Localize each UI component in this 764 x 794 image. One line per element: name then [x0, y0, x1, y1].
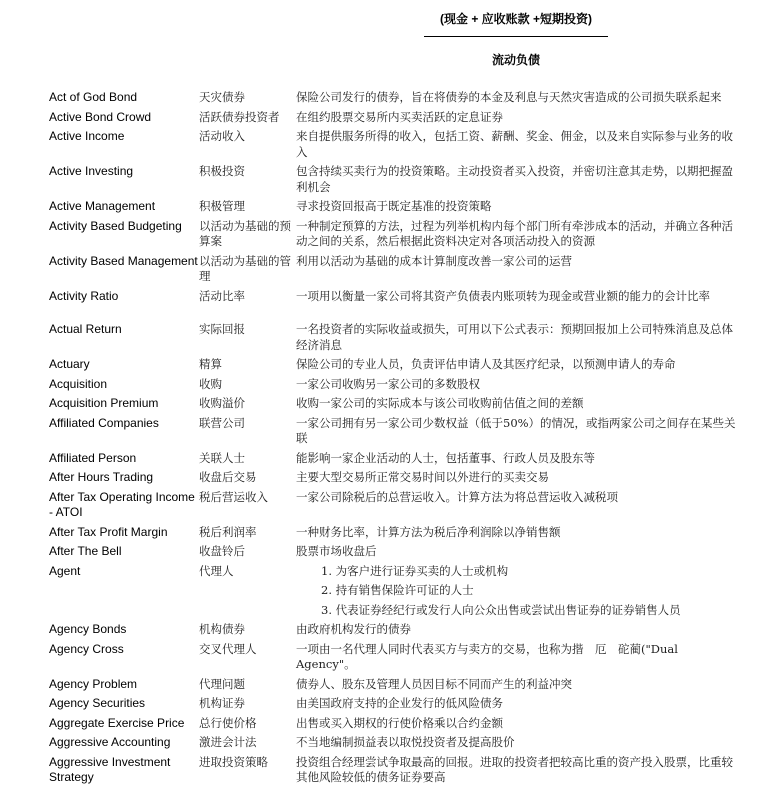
term-chinese: 机构证券	[199, 696, 296, 712]
term-chinese: 积极管理	[199, 199, 296, 215]
glossary-entry: After Tax Operating Income - ATOI税后营运收入一…	[49, 490, 739, 521]
glossary-entry: Activity Based Management以活动为基础的管理利用以活动为…	[49, 254, 739, 285]
term-definition: 一项用以衡量一家公司将其资产负债表内账项转为现金或营业额的能力的会计比率	[296, 289, 739, 305]
glossary-entry: Active Management积极管理寻求投资回报高于既定基准的投资策略	[49, 199, 739, 215]
glossary-entry: Aggregate Exercise Price总行使价格出售或买入期权的行使价…	[49, 716, 739, 732]
term-english: After The Bell	[49, 544, 199, 560]
term-chinese: 天灾债券	[199, 90, 296, 106]
term-definition: 能影响一家企业活动的人士，包括董事、行政人员及股东等	[296, 451, 739, 467]
term-definition: 由美国政府支持的企业发行的低风险债务	[296, 696, 739, 712]
glossary-entry: Activity Based Budgeting以活动为基础的预算案一种制定预算…	[49, 219, 739, 250]
term-definition: 寻求投资回报高于既定基准的投资策略	[296, 199, 739, 215]
glossary-entry: Affiliated Companies联营公司一家公司拥有另一家公司少数权益（…	[49, 416, 739, 447]
term-english: Activity Based Budgeting	[49, 219, 199, 235]
definition-list: 1. 为客户进行证券买卖的人士或机构2. 持有销售保险许可证的人士3. 代表证券…	[296, 564, 739, 619]
term-english: Agency Problem	[49, 677, 199, 693]
term-definition: 一种财务比率，计算方法为税后净利润除以净销售额	[296, 525, 739, 541]
term-chinese: 联营公司	[199, 416, 296, 432]
term-english: Aggressive Investment Strategy	[49, 755, 199, 786]
glossary-entry: Active Investing积极投资包含持续买卖行为的投资策略。主动投资者买…	[49, 164, 739, 195]
term-english: Agency Cross	[49, 642, 199, 658]
term-definition: 保险公司的专业人员，负责评估申请人及其医疗纪录，以预测申请人的寿命	[296, 357, 739, 373]
term-definition: 一家公司除税后的总营运收入。计算方法为将总营运收入减税项	[296, 490, 739, 506]
term-chinese: 代理问题	[199, 677, 296, 693]
term-definition: 主要大型交易所正常交易时间以外进行的买卖交易	[296, 470, 739, 486]
term-english: Active Investing	[49, 164, 199, 180]
formula-denominator: 流动负债	[424, 51, 608, 69]
definition-list-item: 3. 代表证券经纪行或发行人向公众出售或尝试出售证券的证券销售人员	[296, 603, 739, 619]
glossary-entry: Activity Ratio活动比率一项用以衡量一家公司将其资产负债表内账项转为…	[49, 289, 739, 305]
term-chinese: 激进会计法	[199, 735, 296, 751]
ratio-formula: (现金 + 应收账款 +短期投资) 流动负债	[424, 10, 608, 69]
glossary-entry: Agency Cross交叉代理人一项由一名代理人同时代表买方与卖方的交易，也称…	[49, 642, 739, 673]
term-definition: 一种制定预算的方法，过程为列举机构内每个部门所有牵涉成本的活动，并确立各种活动之…	[296, 219, 739, 250]
glossary-entry: Agency Problem代理问题债券人、股东及管理人员因目标不同而产生的利益…	[49, 677, 739, 693]
term-definition: 一家公司收购另一家公司的多数股权	[296, 377, 739, 393]
term-english: Agency Securities	[49, 696, 199, 712]
formula-numerator: (现金 + 应收账款 +短期投资)	[424, 10, 608, 32]
glossary-entry: After Tax Profit Margin税后利润率一种财务比率，计算方法为…	[49, 525, 739, 541]
term-english: Activity Ratio	[49, 289, 199, 305]
glossary-entry: Active Bond Crowd活跃债券投资者在组约股票交易所内买卖活跃的定息…	[49, 110, 739, 126]
term-definition: 一家公司拥有另一家公司少数权益（低于50%）的情况，或指两家公司之间存在某些关联	[296, 416, 739, 447]
term-chinese: 活动比率	[199, 289, 296, 305]
glossary-entry: Acquisition收购一家公司收购另一家公司的多数股权	[49, 377, 739, 393]
term-chinese: 精算	[199, 357, 296, 373]
term-english: Acquisition	[49, 377, 199, 393]
term-english: Acquisition Premium	[49, 396, 199, 412]
term-english: Agent	[49, 564, 199, 580]
term-chinese: 以活动为基础的预算案	[199, 219, 296, 250]
glossary-entry: Affiliated Person关联人士能影响一家企业活动的人士，包括董事、行…	[49, 451, 739, 467]
term-english: After Tax Profit Margin	[49, 525, 199, 541]
term-chinese: 收购	[199, 377, 296, 393]
term-chinese: 收购溢价	[199, 396, 296, 412]
term-chinese: 机构债券	[199, 622, 296, 638]
glossary-entry: After The Bell收盘铃后股票市场收盘后	[49, 544, 739, 560]
term-english: After Hours Trading	[49, 470, 199, 486]
term-chinese: 活跃债券投资者	[199, 110, 296, 126]
glossary-entry: After Hours Trading收盘后交易主要大型交易所正常交易时间以外进…	[49, 470, 739, 486]
term-english: Affiliated Person	[49, 451, 199, 467]
term-english: Affiliated Companies	[49, 416, 199, 432]
term-chinese: 关联人士	[199, 451, 296, 467]
term-definition: 一名投资者的实际收益或损失，可用以下公式表示：预期回报加上公司特殊消息及总体经济…	[296, 322, 739, 353]
term-chinese: 收盘后交易	[199, 470, 296, 486]
term-definition: 保险公司发行的债券，旨在将债券的本金及利息与天然灾害造成的公司损失联系起来	[296, 90, 739, 106]
glossary-entry: Agent代理人1. 为客户进行证券买卖的人士或机构2. 持有销售保险许可证的人…	[49, 564, 739, 619]
term-chinese: 交叉代理人	[199, 642, 296, 658]
term-chinese: 总行使价格	[199, 716, 296, 732]
term-english: Actual Return	[49, 322, 199, 338]
term-definition: 在组约股票交易所内买卖活跃的定息证券	[296, 110, 739, 126]
term-definition: 1. 为客户进行证券买卖的人士或机构2. 持有销售保险许可证的人士3. 代表证券…	[296, 564, 739, 619]
term-chinese: 税后利润率	[199, 525, 296, 541]
term-chinese: 进取投资策略	[199, 755, 296, 771]
term-chinese: 活动收入	[199, 129, 296, 145]
glossary-entry: Acquisition Premium收购溢价收购一家公司的实际成本与该公司收购…	[49, 396, 739, 412]
term-english: Aggressive Accounting	[49, 735, 199, 751]
term-definition: 债券人、股东及管理人员因目标不同而产生的利益冲突	[296, 677, 739, 693]
term-definition: 投资组合经理尝试争取最高的回报。进取的投资者把较高比重的资产投入股票，比重较其他…	[296, 755, 739, 786]
term-definition: 收购一家公司的实际成本与该公司收购前估值之间的差额	[296, 396, 739, 412]
term-definition: 利用以活动为基础的成本计算制度改善一家公司的运营	[296, 254, 739, 270]
glossary-entry: Act of God Bond天灾债券保险公司发行的债券，旨在将债券的本金及利息…	[49, 90, 739, 106]
glossary-entry: Agency Securities机构证券由美国政府支持的企业发行的低风险债务	[49, 696, 739, 712]
glossary-entry: Aggressive Accounting激进会计法不当地编制损益表以取悦投资者…	[49, 735, 739, 751]
term-english: Active Bond Crowd	[49, 110, 199, 126]
glossary-entry: Actual Return实际回报一名投资者的实际收益或损失，可用以下公式表示：…	[49, 322, 739, 353]
term-definition: 由政府机构发行的债券	[296, 622, 739, 638]
term-chinese: 积极投资	[199, 164, 296, 180]
term-chinese: 代理人	[199, 564, 296, 580]
term-definition: 包含持续买卖行为的投资策略。主动投资者买入投资，并密切注意其走势，以期把握盈利机…	[296, 164, 739, 195]
term-definition: 出售或买入期权的行使价格乘以合约金额	[296, 716, 739, 732]
term-english: After Tax Operating Income - ATOI	[49, 490, 199, 521]
term-english: Agency Bonds	[49, 622, 199, 638]
fraction-bar	[424, 36, 608, 37]
term-chinese: 税后营运收入	[199, 490, 296, 506]
term-definition: 来自提供服务所得的收入，包括工资、薪酬、奖金、佣金，以及来自实际参与业务的收入	[296, 129, 739, 160]
glossary-entry: Aggressive Investment Strategy进取投资策略投资组合…	[49, 755, 739, 786]
term-english: Active Income	[49, 129, 199, 145]
term-chinese: 实际回报	[199, 322, 296, 338]
definition-list-item: 2. 持有销售保险许可证的人士	[296, 583, 739, 599]
glossary-entry: Agency Bonds机构债券由政府机构发行的债券	[49, 622, 739, 638]
term-chinese: 收盘铃后	[199, 544, 296, 560]
term-english: Active Management	[49, 199, 199, 215]
term-english: Act of God Bond	[49, 90, 199, 106]
term-definition: 股票市场收盘后	[296, 544, 739, 560]
term-english: Aggregate Exercise Price	[49, 716, 199, 732]
term-definition: 一项由一名代理人同时代表买方与卖方的交易，也称为揩 厄 砣蔺("Dual Age…	[296, 642, 739, 673]
definition-list-item: 1. 为客户进行证券买卖的人士或机构	[296, 564, 739, 580]
glossary-entry: Active Income活动收入来自提供服务所得的收入，包括工资、薪酬、奖金、…	[49, 129, 739, 160]
glossary-table: Act of God Bond天灾债券保险公司发行的债券，旨在将债券的本金及利息…	[49, 90, 739, 786]
term-english: Actuary	[49, 357, 199, 373]
term-chinese: 以活动为基础的管理	[199, 254, 296, 285]
term-definition: 不当地编制损益表以取悦投资者及提高股价	[296, 735, 739, 751]
glossary-entry: Actuary精算保险公司的专业人员，负责评估申请人及其医疗纪录，以预测申请人的…	[49, 357, 739, 373]
term-english: Activity Based Management	[49, 254, 199, 270]
